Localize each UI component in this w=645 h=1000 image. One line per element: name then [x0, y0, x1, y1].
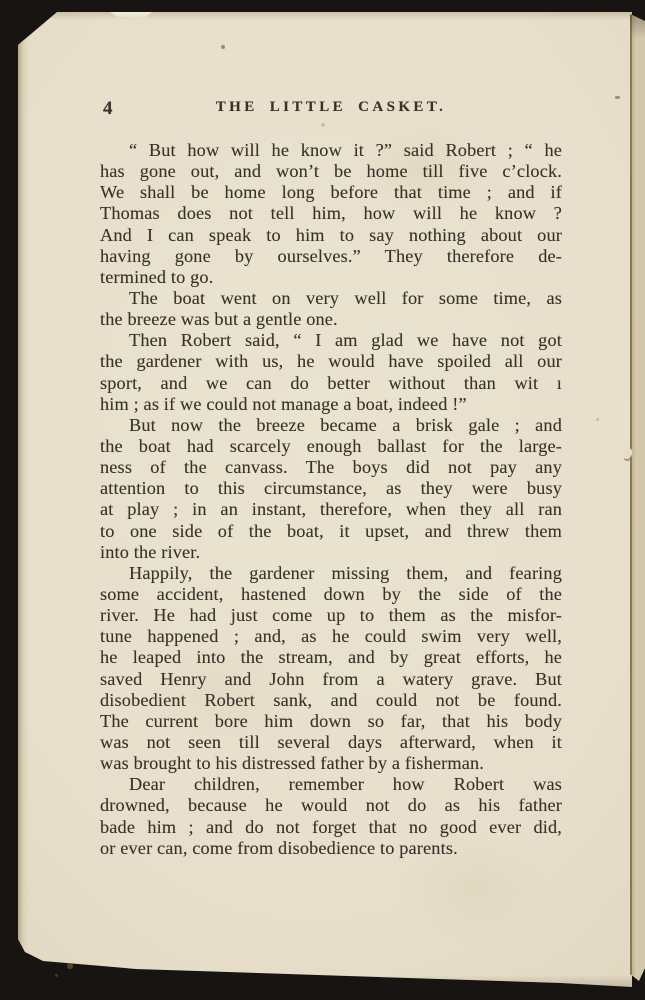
foxing-spot [55, 974, 58, 977]
text-line: was brought to his distressed father by … [100, 753, 562, 774]
text-line: the breeze was but a gentle one. [100, 309, 562, 330]
text-line: And I can speak to him to say nothing ab… [100, 225, 562, 246]
text-line: saved Henry and John from a watery grave… [100, 669, 562, 690]
page-edge-sliver [630, 12, 645, 987]
text-line: has gone out, and won’t be home till fiv… [100, 161, 562, 182]
text-line: Then Robert said, “ I am glad we have no… [100, 330, 562, 351]
page-header: 4 THE LITTLE CASKET. [100, 98, 562, 122]
text-line: to one side of the boat, it upset, and t… [100, 521, 562, 542]
book-page: 4 THE LITTLE CASKET. “ But how will he k… [18, 12, 632, 987]
text-line: him ; as if we could not manage a boat, … [100, 394, 562, 415]
text-line: sport, and we can do better without than… [100, 373, 562, 394]
text-line: he leaped into the stream, and by great … [100, 647, 562, 668]
text-line: or ever can, come from disobedience to p… [100, 838, 562, 859]
text-line: the boat had scarcely enough ballast for… [100, 436, 562, 457]
text-line: attention to this circumstance, as they … [100, 478, 562, 499]
text-line: having gone by ourselves.” They therefor… [100, 246, 562, 267]
text-line: The boat went on very well for some time… [100, 288, 562, 309]
scan-background: 4 THE LITTLE CASKET. “ But how will he k… [0, 0, 645, 1000]
text-line: The current bore him down so far, that h… [100, 711, 562, 732]
text-line: disobedient Robert sank, and could not b… [100, 690, 562, 711]
text-line: was not seen till several days afterward… [100, 732, 562, 753]
page-text: “ But how will he know it ?” said Robert… [100, 140, 562, 859]
text-line: But now the breeze became a brisk gale ;… [100, 415, 562, 436]
text-line: Thomas does not tell him, how will he kn… [100, 203, 562, 224]
page-number: 4 [103, 98, 113, 120]
text-line: the gardener with us, he would have spoi… [100, 351, 562, 372]
text-line: drowned, because he would not do as his … [100, 795, 562, 816]
text-line: Happily, the gardener missing them, and … [100, 563, 562, 584]
text-line: at play ; in an instant, therefore, when… [100, 499, 562, 520]
text-line: ness of the canvass. The boys did not pa… [100, 457, 562, 478]
text-line: bade him ; and do not forget that no goo… [100, 817, 562, 838]
text-line: Dear children, remember how Robert was [100, 774, 562, 795]
text-line: tune happened ; and, as he could swim ve… [100, 626, 562, 647]
running-header: THE LITTLE CASKET. [216, 99, 447, 116]
text-line: some accident, hastened down by the side… [100, 584, 562, 605]
text-line: into the river. [100, 542, 562, 563]
text-line: “ But how will he know it ?” said Robert… [100, 140, 562, 161]
text-line: We shall be home long before that time ;… [100, 182, 562, 203]
text-line: river. He had just come up to them as th… [100, 605, 562, 626]
text-line: termined to go. [100, 267, 562, 288]
foxing-spot [67, 963, 73, 969]
